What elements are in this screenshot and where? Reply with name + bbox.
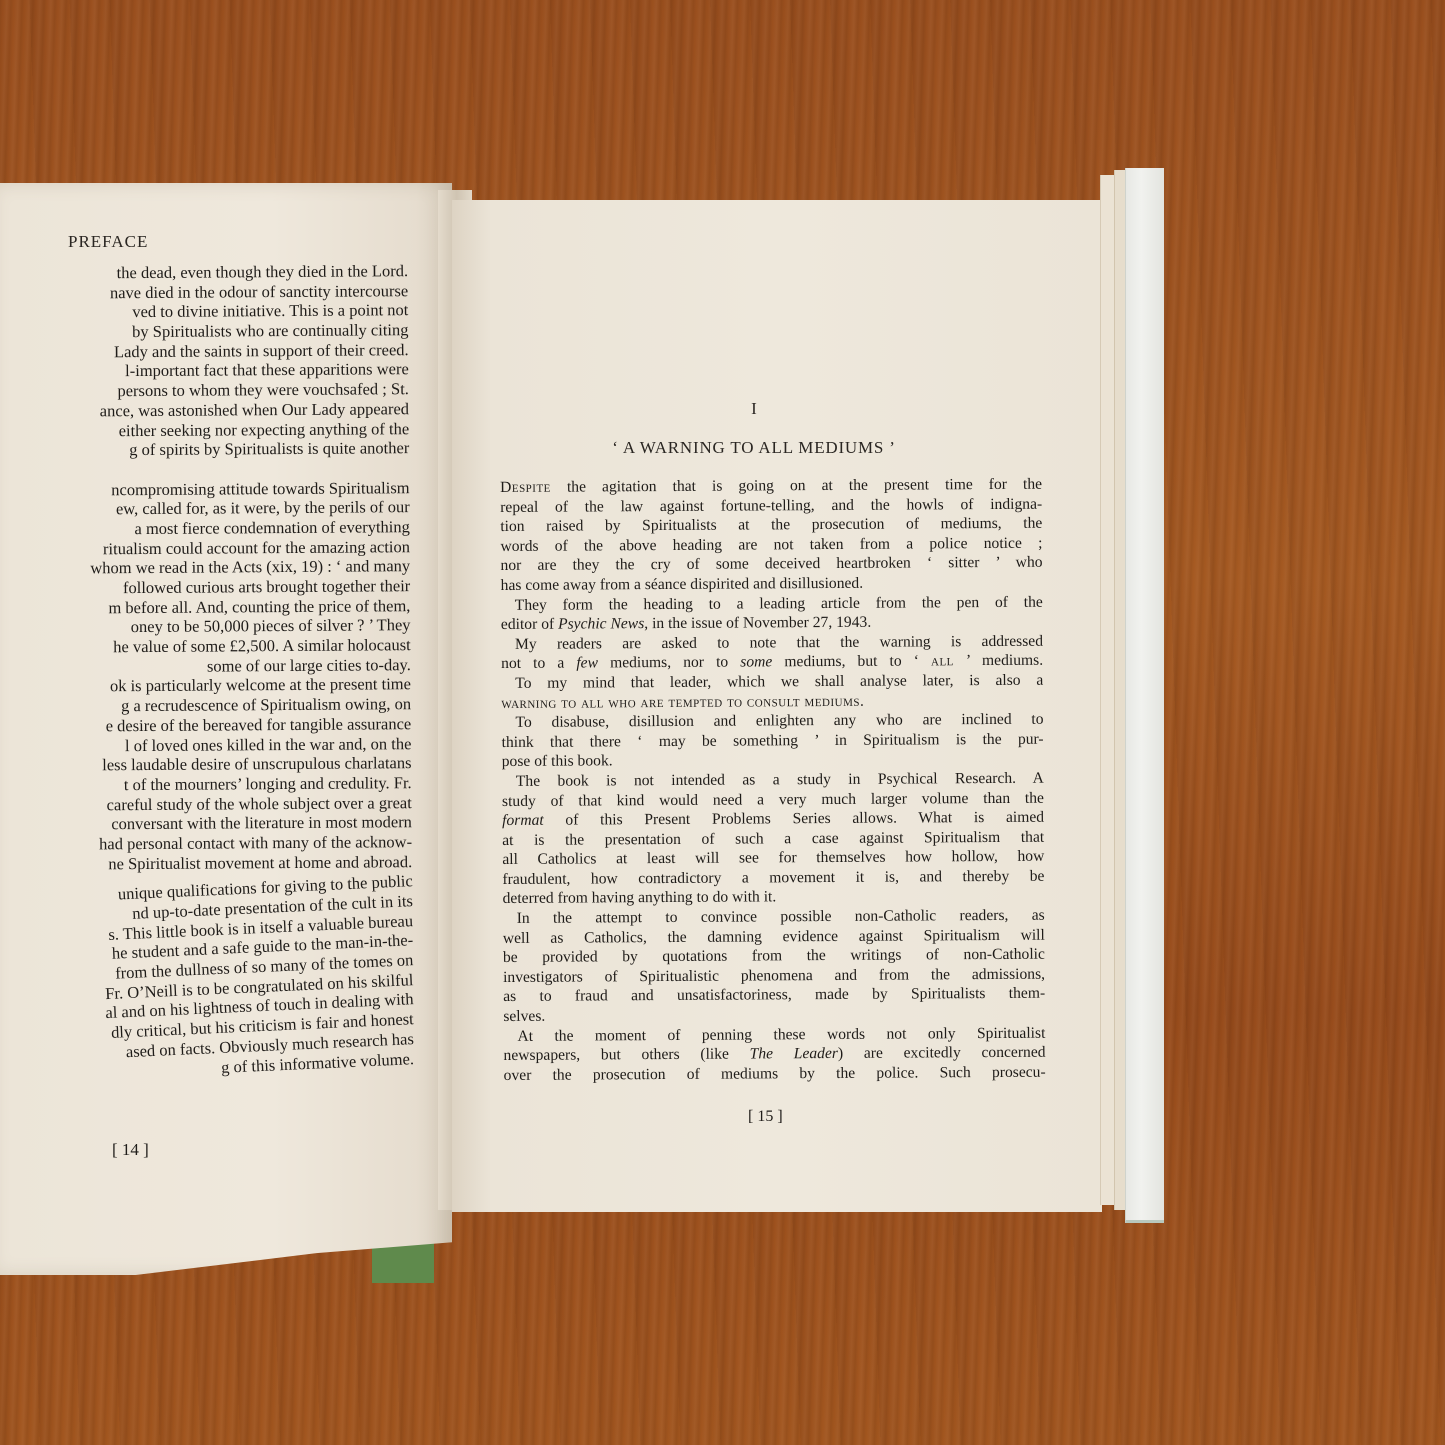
page-number-right: [ 15 ] <box>748 1108 783 1126</box>
chapter-number: I <box>452 399 1056 419</box>
page-edges <box>1100 175 1115 1205</box>
left-page-text: the dead, even though they died in the L… <box>0 261 414 1071</box>
text-line: persons to whom they were vouchsafed ; S… <box>1 379 409 402</box>
dropcap-word: Despite <box>500 479 551 496</box>
text-line: as to fraud and unsatisfactoriness, made… <box>503 984 1045 1007</box>
text-line: a most fierce condemnation of everything <box>2 517 410 540</box>
right-page-text: Despite the agitation that is going on a… <box>500 475 1046 1086</box>
text-line: ne Spiritualist movement at home and abr… <box>4 852 412 875</box>
text-line: followed curious arts brought together t… <box>2 576 410 599</box>
running-head: PREFACE <box>68 232 148 252</box>
text-line: They form the heading to a leading artic… <box>501 592 1043 615</box>
text-line: nor are they the cry of some deceived he… <box>500 553 1042 576</box>
text-line: over the prosecution of mediums by the p… <box>504 1062 1046 1085</box>
dust-jacket-edge <box>1125 168 1164 1223</box>
text-line: ew, called for, as it were, by the peril… <box>2 497 410 520</box>
text-line: g a recrudescence of Spiritualism owing,… <box>3 694 411 717</box>
text-line: less laudable desire of unscrupulous cha… <box>3 753 411 776</box>
text-line: ance, was astonished when Our Lady appea… <box>1 399 409 422</box>
text-line: he value of some £2,500. A similar holoc… <box>3 635 411 658</box>
text-line: To my mind that leader, which we shall a… <box>501 671 1043 694</box>
publication-title: Psychic News <box>558 615 644 633</box>
text-line: fraudulent, how contradictory a movement… <box>502 867 1044 890</box>
text-line: the agitation that is going on at the pr… <box>551 476 1042 496</box>
text-line: conversant with the literature in most m… <box>4 812 412 835</box>
page-number-left: [ 14 ] <box>112 1140 149 1160</box>
text-line: g of spirits by Spiritualists is quite a… <box>1 438 409 461</box>
text-line: by Spiritualists who are continually cit… <box>0 320 408 343</box>
text-line: t of the mourners’ longing and credulity… <box>4 773 412 796</box>
text-line: think that there ‘ may be something ’ in… <box>502 729 1044 752</box>
text-line: e desire of the bereaved for tangible as… <box>3 714 411 737</box>
text-line: The book is not intended as a study in P… <box>502 769 1044 792</box>
text-line: had personal contact with many of the ac… <box>4 832 412 855</box>
chapter-title: ‘ A WARNING TO ALL MEDIUMS ’ <box>452 438 1056 458</box>
text-line: the dead, even though they died in the L… <box>0 261 408 284</box>
